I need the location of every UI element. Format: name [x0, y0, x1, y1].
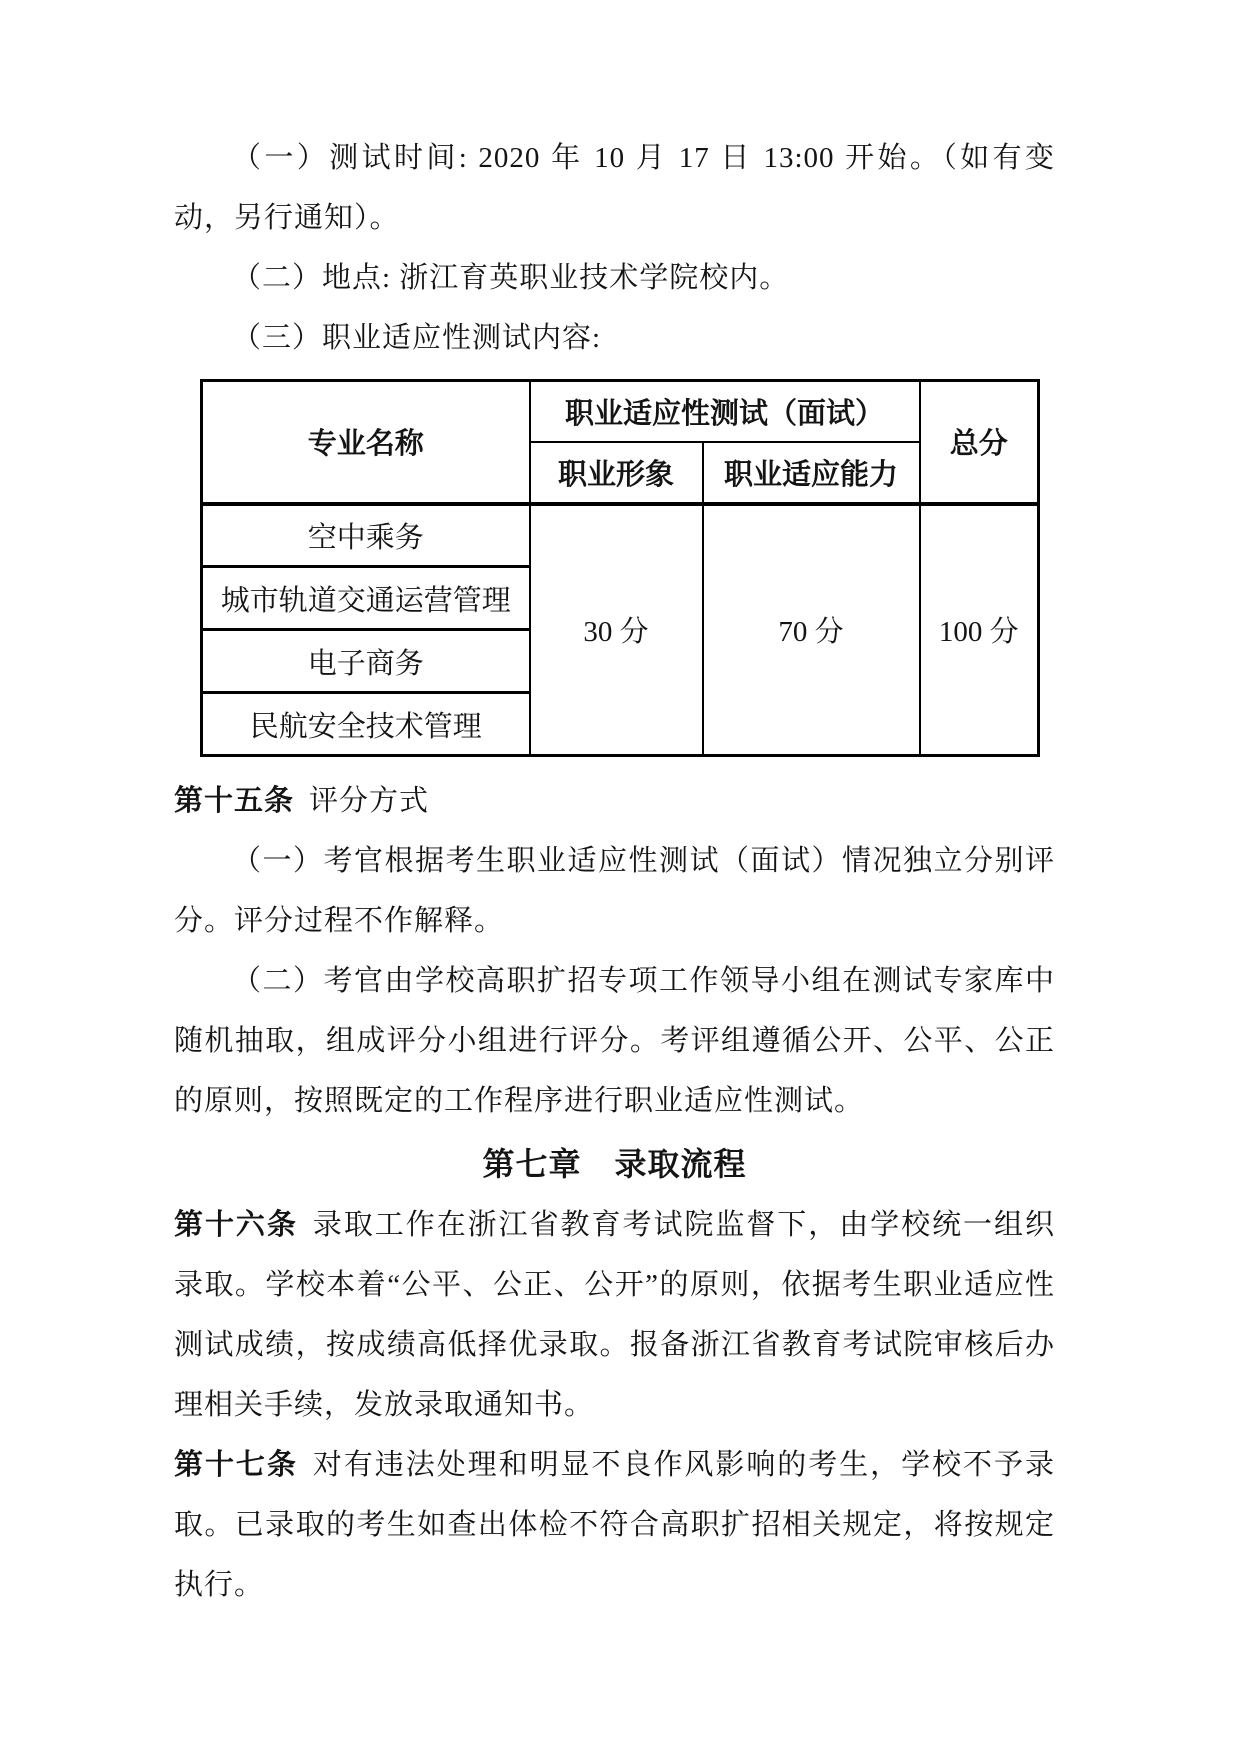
cell-score-image: 30 分: [530, 504, 703, 756]
cell-score-total: 100 分: [920, 504, 1039, 756]
cell-major-air-crew: 空中乘务: [202, 504, 530, 567]
clause-test-time: （一）测试时间: 2020 年 10 月 17 日 13:00 开始。（如有变动…: [174, 128, 1055, 248]
cell-major-urban-rail: 城市轨道交通运营管理: [202, 567, 530, 630]
clause-test-content: （三）职业适应性测试内容:: [174, 308, 1055, 368]
table-header-row-1: 专业名称 职业适应性测试（面试） 总分: [202, 381, 1039, 442]
table-row: 空中乘务 30 分 70 分 100 分: [202, 504, 1039, 567]
article-17-number: 第十七条: [174, 1449, 298, 1481]
article-16-number: 第十六条: [174, 1209, 298, 1241]
article-15-heading: 第十五条评分方式: [174, 771, 1055, 831]
article-15-number: 第十五条: [174, 785, 294, 817]
header-cell-adaptability: 职业适应能力: [703, 442, 920, 504]
document-body: （一）测试时间: 2020 年 10 月 17 日 13:00 开始。（如有变动…: [0, 0, 1241, 1754]
article-15-item-2: （二）考官由学校高职扩招专项工作领导小组在测试专家库中随机抽取，组成评分小组进行…: [174, 951, 1055, 1131]
article-17-paragraph: 第十七条对有违法处理和明显不良作风影响的考生，学校不予录取。已录取的考生如查出体…: [174, 1435, 1055, 1615]
aptitude-test-score-table: 专业名称 职业适应性测试（面试） 总分 职业形象 职业适应能力 空中乘务 30 …: [200, 379, 1040, 757]
article-17-text: 对有违法处理和明显不良作风影响的考生，学校不予录取。已录取的考生如查出体检不符合…: [174, 1449, 1055, 1601]
cell-major-civil-aviation-security: 民航安全技术管理: [202, 693, 530, 756]
header-cell-major-name: 专业名称: [202, 381, 530, 504]
header-cell-total-score: 总分: [920, 381, 1039, 504]
document-page: （一）测试时间: 2020 年 10 月 17 日 13:00 开始。（如有变动…: [0, 0, 1241, 1754]
article-16-text: 录取工作在浙江省教育考试院监督下，由学校统一组织录取。学校本着“公平、公正、公开…: [174, 1209, 1055, 1421]
cell-score-ability: 70 分: [703, 504, 920, 756]
article-15-title: 评分方式: [309, 785, 429, 817]
header-cell-professional-image: 职业形象: [530, 442, 703, 504]
chapter-7-heading: 第七章 录取流程: [174, 1133, 1055, 1195]
clause-location: （二）地点: 浙江育英职业技术学院校内。: [174, 248, 1055, 308]
cell-major-ecommerce: 电子商务: [202, 630, 530, 693]
article-16-paragraph: 第十六条录取工作在浙江省教育考试院监督下，由学校统一组织录取。学校本着“公平、公…: [174, 1195, 1055, 1435]
article-15-item-1: （一）考官根据考生职业适应性测试（面试）情况独立分别评分。评分过程不作解释。: [174, 831, 1055, 951]
header-cell-aptitude-test: 职业适应性测试（面试）: [530, 381, 920, 442]
